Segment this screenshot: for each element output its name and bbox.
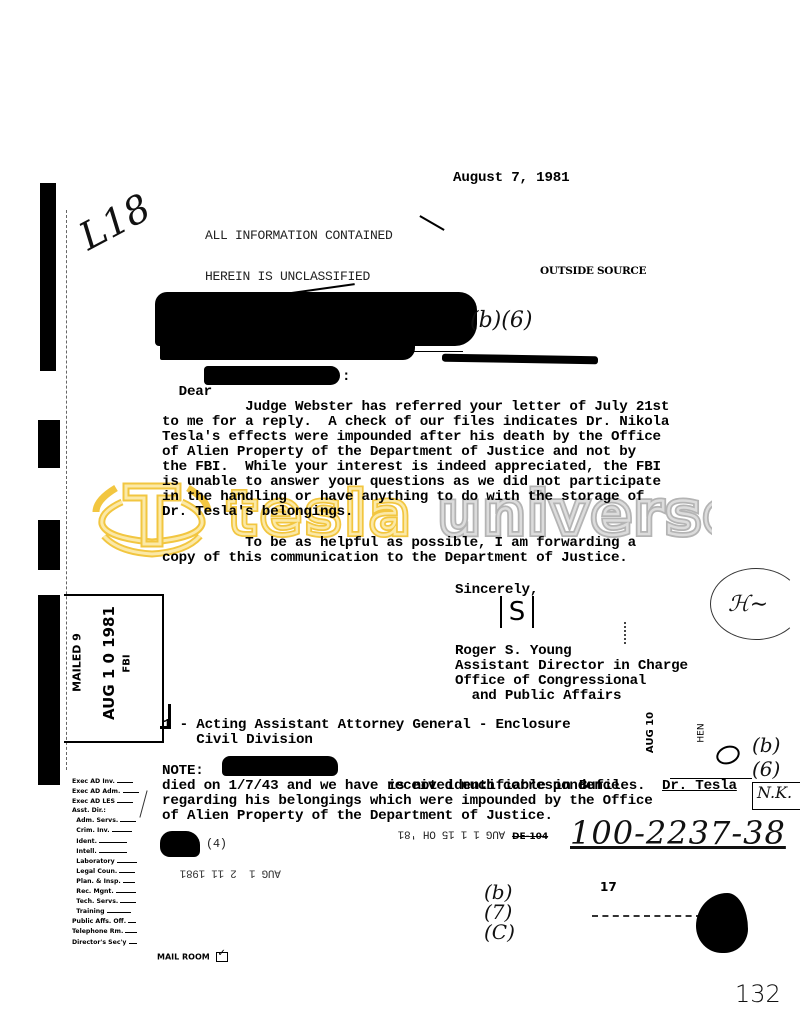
routing-entry: Exec AD Adm.	[72, 786, 139, 796]
signer-line-1: Roger S. Young	[455, 644, 688, 659]
routing-entry-blank	[120, 815, 136, 822]
binding-edge-bar-top	[40, 183, 56, 371]
mailed-stamp-agency: FBI	[122, 649, 133, 679]
signature-s-mark: S	[509, 597, 526, 627]
signer-block: Roger S. YoungAssistant Director in Char…	[455, 644, 688, 704]
seventeen-mark: 17	[600, 880, 617, 894]
note-line-1: died on 1/7/43 and we have received much…	[162, 779, 653, 794]
letter-body-paragraph-1: Judge Webster has referred your letter o…	[162, 400, 669, 520]
routing-entry: Director's Sec'y	[72, 937, 139, 947]
body-line-1: Judge Webster has referred your letter o…	[162, 400, 669, 415]
signer-line-3: Office of Congressional	[455, 674, 688, 689]
routing-entry-blank	[129, 937, 137, 944]
routing-entry: Tech. Servs.	[72, 896, 139, 906]
body-line-8: Dr. Tesla's belongings.	[162, 505, 669, 520]
routing-entry-label: Ident.	[72, 838, 99, 845]
routing-entry-blank	[119, 866, 135, 873]
body-line-6: is unable to answer your questions as we…	[162, 475, 669, 490]
right-classification-mark: (b)(6)	[752, 733, 800, 781]
signer-line-4: and Public Affairs	[455, 689, 688, 704]
routing-entry: Crim. Inv.	[72, 825, 139, 835]
redacted-address-block	[155, 292, 477, 346]
routing-entry-label: Public Affs. Off.	[72, 918, 128, 925]
routing-entry: Public Affs. Off.	[72, 916, 139, 926]
signer-line-2: Assistant Director in Charge	[455, 659, 688, 674]
routing-entry-label: Training	[72, 908, 107, 915]
body-line-p2-2: copy of this communication to the Depart…	[162, 551, 636, 566]
routing-list: Exec AD Inv. Exec AD Adm. Exec AD LES As…	[72, 776, 139, 947]
routing-entry-label: Legal Coun.	[72, 868, 119, 875]
outside-source-stamp: OUTSIDE SOURCE	[540, 265, 646, 277]
salutation-colon: :	[342, 370, 350, 385]
routing-margin-scribble	[139, 790, 147, 817]
routing-entry: Telephone Rm.	[72, 926, 139, 936]
routing-entry: Exec AD LES	[72, 796, 139, 806]
dash-line-bottom	[592, 915, 702, 917]
note-label: NOTE:	[162, 764, 204, 779]
right-initials: N.K.	[753, 783, 792, 802]
routing-entry-blank	[99, 836, 127, 843]
body-line-2: to me for a reply. A check of our files …	[162, 415, 669, 430]
routing-entry: Plan. & Insp.	[72, 876, 139, 886]
cc-line-2: Civil Division	[163, 733, 313, 748]
routing-entry-blank	[117, 796, 133, 803]
routing-entry-blank	[112, 825, 132, 832]
routing-entry-blank	[123, 876, 135, 883]
de-stamp: DE-104	[512, 832, 548, 842]
routing-entry-label: Intell.	[72, 848, 99, 855]
body-line-4: of Alien Property of the Department of J…	[162, 445, 669, 460]
signer-pen-dots	[624, 622, 628, 644]
salutation-dear: Dear	[179, 384, 212, 400]
routing-entry-label: Exec AD Inv.	[72, 778, 117, 785]
routing-entry: Training	[72, 906, 139, 916]
mail-room-text: MAIL ROOM	[157, 953, 210, 962]
count-mark: (4)	[206, 838, 227, 852]
routing-entry-blank	[120, 896, 136, 903]
routing-entry: Exec AD Inv.	[72, 776, 139, 786]
signature-placeholder: S	[500, 596, 534, 628]
routing-entry-blank	[117, 776, 133, 783]
redacted-note-name	[222, 756, 338, 776]
note-underline-rule	[670, 778, 752, 779]
received-stamp-inverted: AUG 1 1 15 OH '81	[398, 826, 505, 840]
received-stamp-inverted-2: AUG 1 2 11 1981	[180, 865, 281, 879]
routing-entry-blank	[107, 906, 131, 913]
margin-handwritten-initials: L18	[72, 185, 158, 258]
body-line-5: the FBI. While your interest is indeed a…	[162, 460, 669, 475]
redacted-recipient-name	[204, 366, 340, 385]
body-line-7: in the handling or have anything to do w…	[162, 490, 669, 505]
routing-entry-label: Tech. Servs.	[72, 898, 120, 905]
routing-entry-label: Telephone Rm.	[72, 928, 125, 935]
mail-room-checkbox: ✓	[216, 952, 228, 962]
routing-entry-label: Plan. & Insp.	[72, 878, 123, 885]
routing-entry-label: Director's Sec'y	[72, 939, 129, 946]
routing-entry-blank	[116, 886, 136, 893]
letter-date: August 7, 1981	[453, 171, 569, 186]
declass-line-1: ALL INFORMATION CONTAINED	[205, 229, 463, 243]
routing-entry: Rec. Mgnt.	[72, 886, 139, 896]
mail-room-label: MAIL ROOM ✓	[157, 952, 228, 962]
binding-edge-bar-mid	[38, 420, 60, 468]
aug10-vertical-stamp: AUG 10	[645, 712, 656, 753]
binding-edge-bar-lower	[38, 520, 60, 570]
routing-entry: Laboratory	[72, 856, 139, 866]
routing-entry: Intell.	[72, 846, 139, 856]
mailed-date-stamp: MAILED 9 AUG 1 0 1981 FBI	[64, 594, 164, 743]
body-line-p2-1: To be as helpful as possible, I am forwa…	[162, 536, 636, 551]
handwritten-stacked-initials: (b)(7)(C)	[484, 882, 508, 942]
routing-entry-label: Asst. Dir.:	[72, 807, 108, 814]
declass-line-2: HEREIN IS UNCLASSIFIED	[205, 270, 463, 284]
note-line-2: regarding his belongings which were impo…	[162, 794, 653, 809]
redacted-blot	[696, 893, 748, 953]
routing-entry-blank	[117, 856, 137, 863]
routing-entry-label: Exec AD LES	[72, 798, 117, 805]
routing-entry-label: Exec AD Adm.	[72, 788, 123, 795]
routing-entry: Legal Coun.	[72, 866, 139, 876]
routing-entry-label: Crim. Inv.	[72, 827, 112, 834]
classification-handwritten-mark: (b)(6)	[470, 308, 532, 333]
note-underlined-tesla: Dr. Tesla	[662, 778, 737, 794]
routing-entry: Adm. Servs.	[72, 815, 139, 825]
file-number: 100-2237-38	[570, 814, 786, 852]
binding-edge-bar-bottom	[38, 595, 60, 785]
page-number: 132	[735, 980, 781, 1008]
routing-entry: Asst. Dir.:	[72, 806, 139, 815]
routing-entry-label: Rec. Mgnt.	[72, 888, 116, 895]
letter-body-paragraph-2: To be as helpful as possible, I am forwa…	[162, 536, 636, 566]
circled-initial-text: ℋ∼	[728, 592, 768, 617]
redacted-bottom-block	[160, 831, 200, 857]
mailed-stamp-date: AUG 1 0 1981	[100, 610, 118, 720]
body-line-3: Tesla's effects were impounded after his…	[162, 430, 669, 445]
mailed-stamp-mailed: MAILED 9	[71, 628, 84, 698]
routing-entry-blank	[99, 846, 127, 853]
routing-entry-blank	[125, 926, 137, 933]
routing-entry-blank	[123, 786, 139, 793]
right-initials-box: N.K.	[752, 782, 800, 810]
redacted-scribble-right	[442, 354, 598, 365]
redacted-address-block-tail	[160, 340, 415, 360]
cc-line-1: 1 - Acting Assistant Attorney General - …	[163, 718, 570, 733]
routing-entry-blank	[128, 916, 136, 923]
routing-entry-label: Laboratory	[72, 858, 117, 865]
routing-entry: Ident.	[72, 836, 139, 846]
routing-entry-label: Adm. Servs.	[72, 817, 120, 824]
hen-vertical-mark: HEN	[697, 723, 707, 742]
